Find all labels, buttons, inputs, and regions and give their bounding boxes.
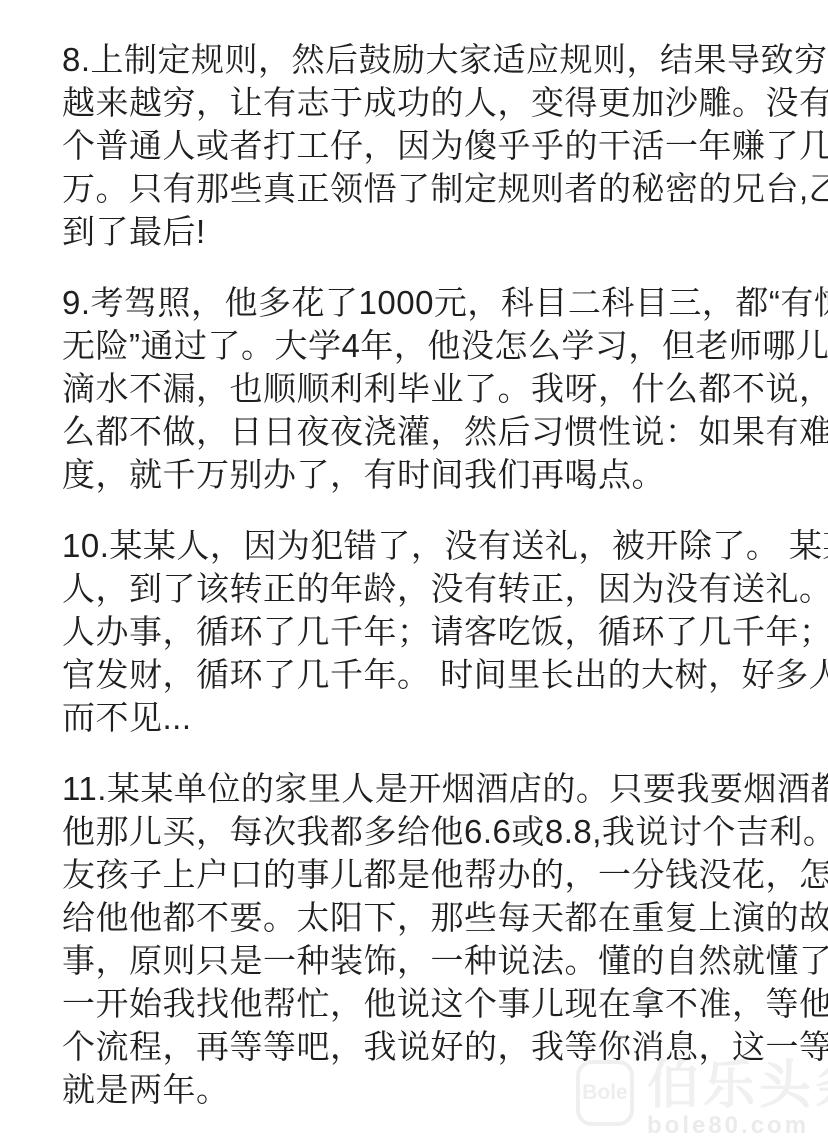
paragraph-9: 9.考驾照，他多花了1000元，科目二科目三，都“有惊 无险”通过了。大学4年，… <box>62 281 794 496</box>
text-line: 他那儿买，每次我都多给他6.6或8.8,我说讨个吉利。朋 <box>62 810 794 853</box>
text-line: 么都不做，日日夜夜浇灌，然后习惯性说：如果有难 <box>62 410 794 453</box>
text-line: 官发财，循环了几千年。 时间里长出的大树，好多人视 <box>62 653 794 696</box>
text-line: 一开始我找他帮忙，他说这个事儿现在拿不准，等他走 <box>62 982 794 1025</box>
text-line: 越来越穷，让有志于成功的人，变得更加沙雕。没有一 <box>62 81 794 124</box>
watermark-brand: 伯乐头条 <box>647 1060 828 1112</box>
text-line: 事，原则只是一种装饰，一种说法。懂的自然就懂了... <box>62 939 794 982</box>
text-line: 人办事，循环了几千年；请客吃饭，循环了几千年；升 <box>62 610 794 653</box>
watermark: Bole 伯乐头条 bole80.com <box>576 1060 828 1139</box>
paragraph-10: 10.某某人，因为犯错了，没有送礼，被开除了。 某某 人，到了该转正的年龄，没有… <box>62 524 794 739</box>
text-line: 度，就千万别办了，有时间我们再喝点。 <box>62 453 794 496</box>
text-line: 无险”通过了。大学4年，他没怎么学习，但老师哪儿 <box>62 324 794 367</box>
paragraph-8: 8.上制定规则，然后鼓励大家适应规则，结果导致穷人 越来越穷，让有志于成功的人，… <box>62 38 794 253</box>
text-line: 给他他都不要。太阳下，那些每天都在重复上演的故 <box>62 896 794 939</box>
text-line: 8.上制定规则，然后鼓励大家适应规则，结果导致穷人 <box>62 38 794 81</box>
text-line: 友孩子上户口的事儿都是他帮办的，一分钱没花，怎么 <box>62 853 794 896</box>
watermark-text-block: 伯乐头条 bole80.com <box>647 1060 828 1139</box>
text-line: 9.考驾照，他多花了1000元，科目二科目三，都“有惊 <box>62 281 794 324</box>
text-line: 滴水不漏，也顺顺利利毕业了。我呀，什么都不说，什 <box>62 367 794 410</box>
bole-logo-icon: Bole <box>576 1060 634 1126</box>
text-line: 个普通人或者打工仔，因为傻乎乎的干活一年赚了几百 <box>62 124 794 167</box>
watermark-domain: bole80.com <box>647 1113 828 1139</box>
bole-logo-text: Bole <box>582 1081 628 1105</box>
text-line: 人，到了该转正的年龄，没有转正，因为没有送礼。 求 <box>62 567 794 610</box>
article-page: 8.上制定规则，然后鼓励大家适应规则，结果导致穷人 越来越穷，让有志于成功的人，… <box>0 0 828 1144</box>
text-line: 10.某某人，因为犯错了，没有送礼，被开除了。 某某 <box>62 524 794 567</box>
text-line: 万。只有那些真正领悟了制定规则者的秘密的兄台,乙台 <box>62 167 794 210</box>
text-line: 而不见... <box>62 696 794 739</box>
text-line: 11.某某单位的家里人是开烟酒店的。只要我要烟酒都去 <box>62 767 794 810</box>
text-line: 到了最后! <box>62 210 794 253</box>
text-line-main: 万。只有那些真正领悟了制定规则者的秘密的兄台,乙 <box>62 170 828 207</box>
